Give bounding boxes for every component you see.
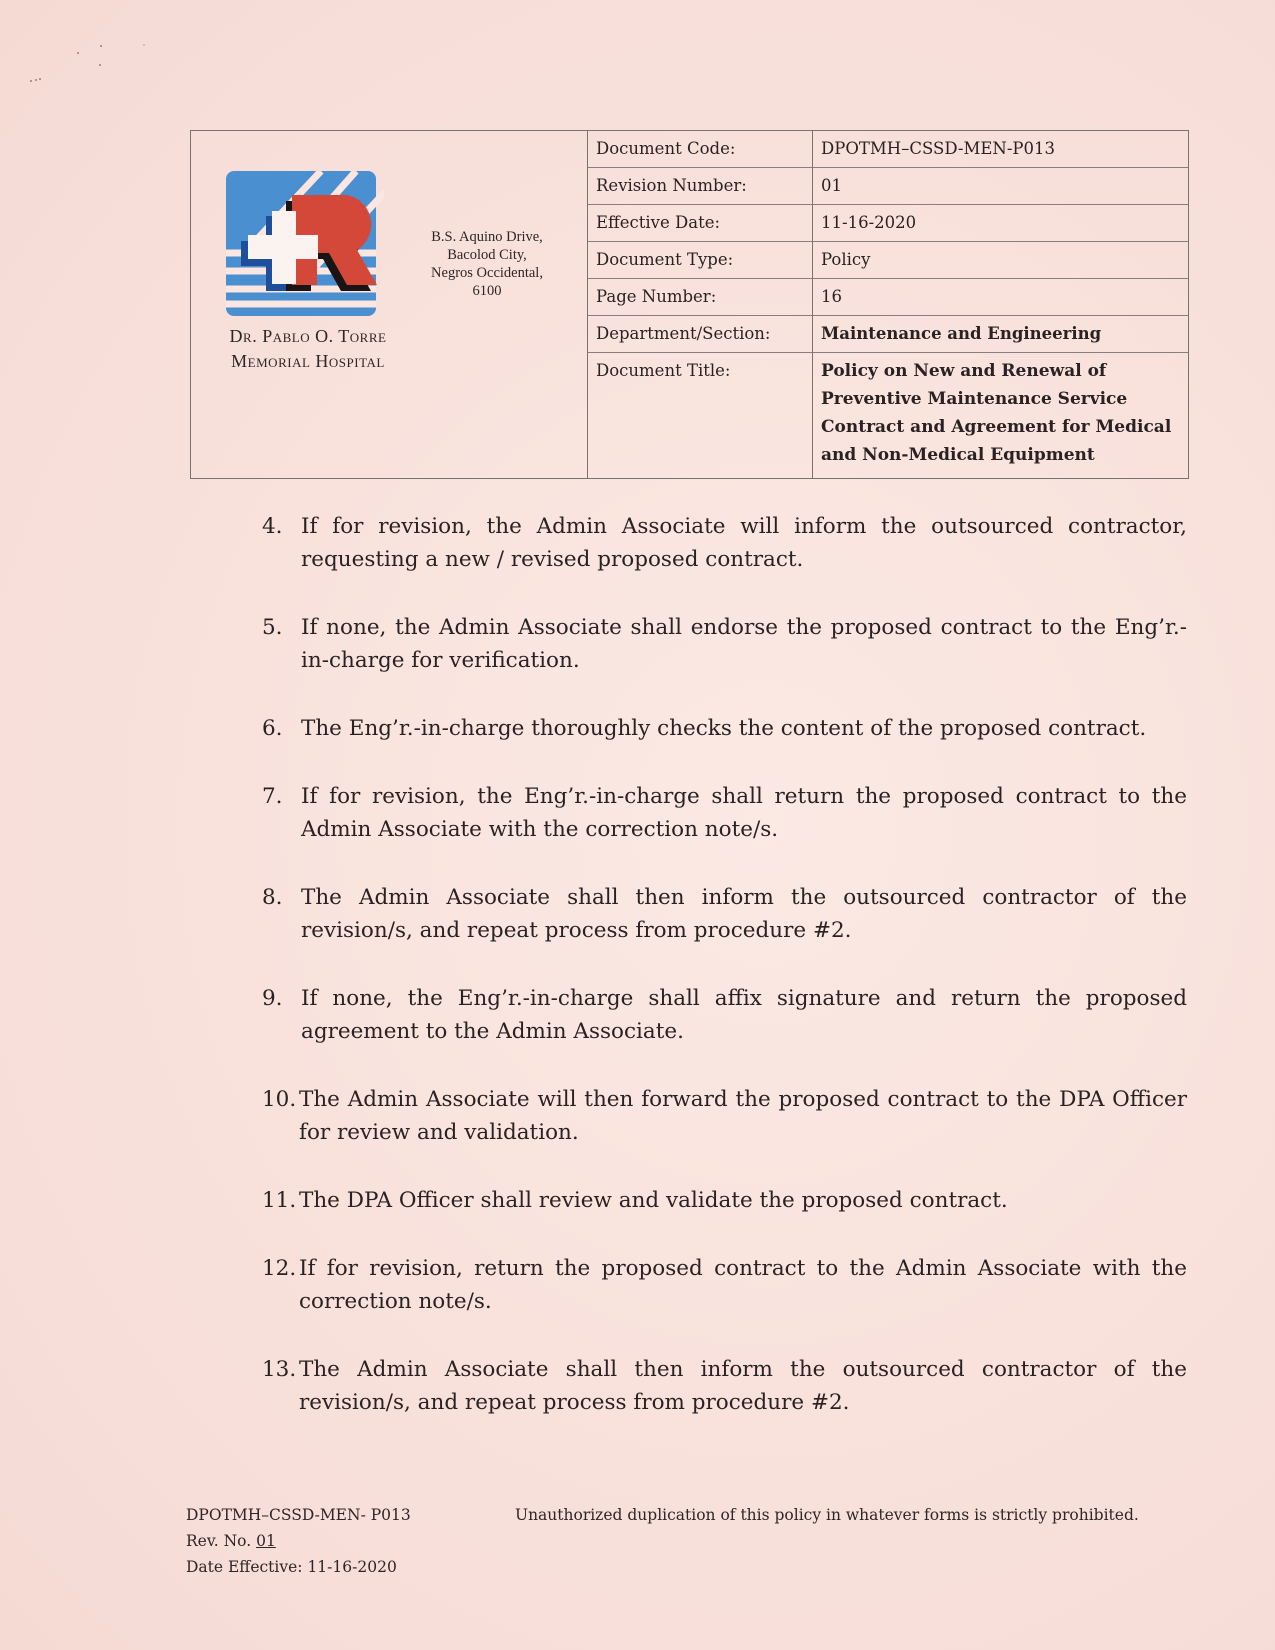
step-text: The Eng’r.-in-charge thoroughly checks t…	[301, 712, 1187, 745]
document-info-grid: Document Code: DPOTMH–CSSD-MEN-P013 Revi…	[588, 131, 1188, 478]
step-number: 5.	[262, 611, 301, 677]
field-value-department: Maintenance and Engineering	[813, 316, 1188, 353]
step-text: If none, the Admin Associate shall endor…	[301, 611, 1187, 677]
address-line: Negros Occidental,	[417, 264, 557, 282]
document-header-table: Dr. Pablo O. Torre Memorial Hospital B.S…	[190, 130, 1189, 479]
list-item: 6.The Eng’r.-in-charge thoroughly checks…	[262, 712, 1187, 745]
list-item: 13.The Admin Associate shall then inform…	[262, 1353, 1187, 1419]
field-value-document-code: DPOTMH–CSSD-MEN-P013	[813, 131, 1188, 168]
step-text: The DPA Officer shall review and validat…	[299, 1184, 1187, 1217]
field-label-document-code: Document Code:	[588, 131, 813, 168]
address-line: Bacolod City,	[417, 246, 557, 264]
list-item: 8.The Admin Associate shall then inform …	[262, 881, 1187, 947]
field-value-document-type: Policy	[813, 242, 1188, 279]
field-label-document-type: Document Type:	[588, 242, 813, 279]
step-text: The Admin Associate will then forward th…	[299, 1083, 1187, 1149]
field-value-revision-number: 01	[813, 168, 1188, 205]
field-label-page-number: Page Number:	[588, 279, 813, 316]
step-text: If for revision, return the proposed con…	[299, 1252, 1187, 1318]
footer-rev-value: 01	[256, 1532, 276, 1550]
scan-specks	[25, 50, 145, 100]
list-item: 11.The DPA Officer shall review and vali…	[262, 1184, 1187, 1217]
field-value-page-number: 16	[813, 279, 1188, 316]
footer-rev-label: Rev. No.	[186, 1532, 256, 1550]
field-label-revision-number: Revision Number:	[588, 168, 813, 205]
list-item: 4.If for revision, the Admin Associate w…	[262, 510, 1187, 576]
list-item: 7.If for revision, the Eng’r.-in-charge …	[262, 780, 1187, 846]
address-line: B.S. Aquino Drive,	[417, 228, 557, 246]
footer-document-info: DPOTMH–CSSD-MEN- P013 Rev. No. 01 Date E…	[186, 1502, 411, 1580]
step-number: 9.	[262, 982, 301, 1048]
field-value-effective-date: 11-16-2020	[813, 205, 1188, 242]
step-text: The Admin Associate shall then inform th…	[299, 1353, 1187, 1419]
field-label-department: Department/Section:	[588, 316, 813, 353]
step-number: 4.	[262, 510, 301, 576]
step-number: 10.	[262, 1083, 299, 1149]
address-line: 6100	[417, 282, 557, 300]
procedure-steps-list: 4.If for revision, the Admin Associate w…	[262, 510, 1187, 1454]
hospital-logo-icon	[226, 171, 384, 321]
step-text: If for revision, the Eng’r.-in-charge sh…	[301, 780, 1187, 846]
step-number: 7.	[262, 780, 301, 846]
hospital-name-line2: Memorial Hospital	[193, 349, 423, 374]
step-text: The Admin Associate shall then inform th…	[301, 881, 1187, 947]
list-item: 9.If none, the Eng’r.-in-charge shall af…	[262, 982, 1187, 1048]
step-number: 8.	[262, 881, 301, 947]
hospital-address: B.S. Aquino Drive, Bacolod City, Negros …	[417, 228, 557, 300]
step-text: If for revision, the Admin Associate wil…	[301, 510, 1187, 576]
footer-date-effective: Date Effective: 11-16-2020	[186, 1554, 411, 1580]
footer-revision: Rev. No. 01	[186, 1528, 411, 1554]
step-number: 13.	[262, 1353, 299, 1419]
hospital-identity-cell: Dr. Pablo O. Torre Memorial Hospital B.S…	[191, 131, 588, 478]
step-number: 6.	[262, 712, 301, 745]
field-label-document-title: Document Title:	[588, 353, 813, 478]
footer-duplication-notice: Unauthorized duplication of this policy …	[515, 1502, 1139, 1528]
hospital-name-line1: Dr. Pablo O. Torre	[193, 324, 423, 349]
list-item: 10.The Admin Associate will then forward…	[262, 1083, 1187, 1149]
list-item: 5.If none, the Admin Associate shall end…	[262, 611, 1187, 677]
field-value-document-title: Policy on New and Renewal of Preventive …	[813, 353, 1188, 478]
step-text: If none, the Eng’r.-in-charge shall affi…	[301, 982, 1187, 1048]
hospital-name: Dr. Pablo O. Torre Memorial Hospital	[193, 324, 423, 374]
step-number: 12.	[262, 1252, 299, 1318]
list-item: 12.If for revision, return the proposed …	[262, 1252, 1187, 1318]
footer-doc-code: DPOTMH–CSSD-MEN- P013	[186, 1502, 411, 1528]
field-label-effective-date: Effective Date:	[588, 205, 813, 242]
step-number: 11.	[262, 1184, 299, 1217]
